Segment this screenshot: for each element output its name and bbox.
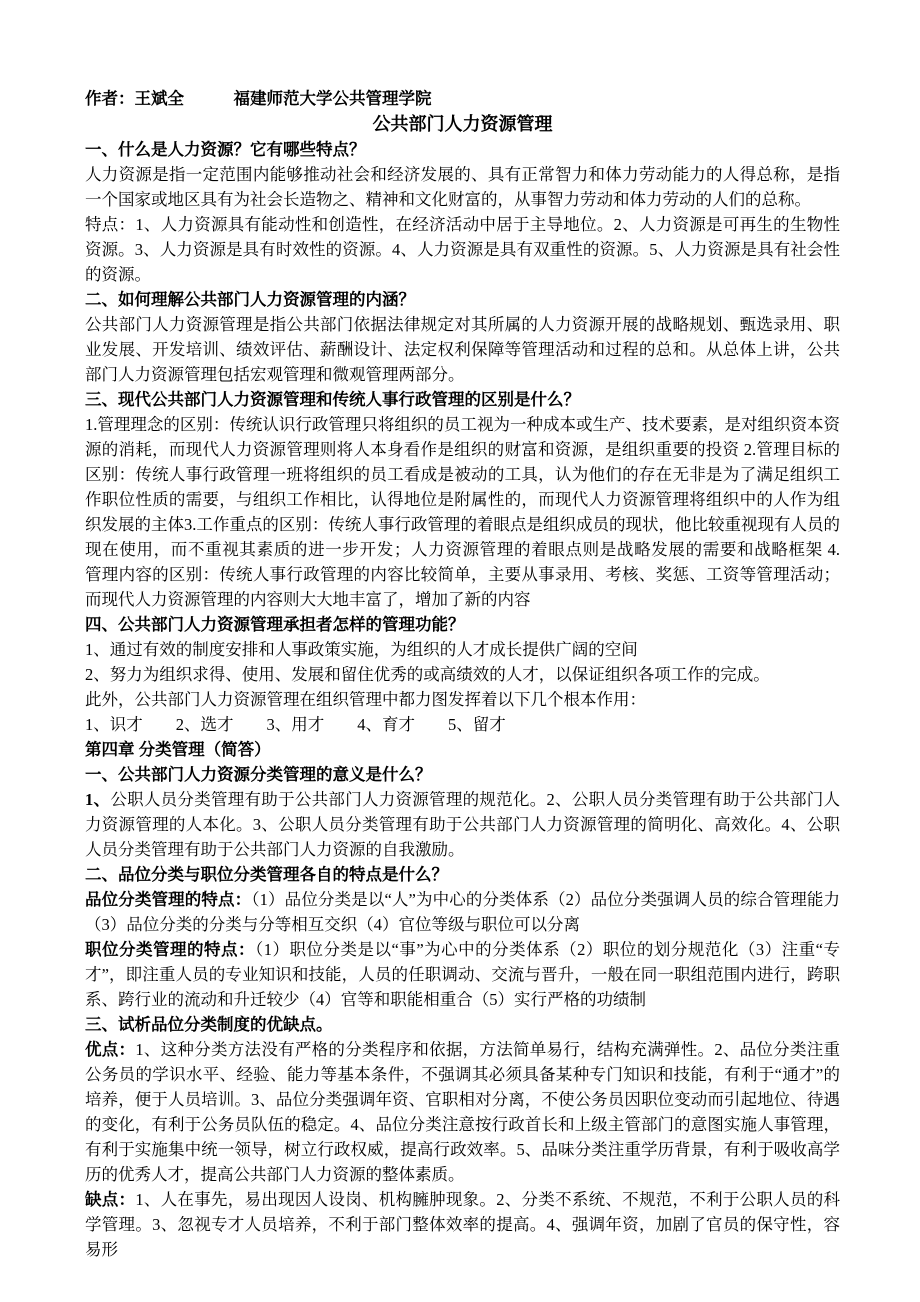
- answer-paragraph: 1、通过有效的制度安排和人事政策实施，为组织的人才成长提供广阔的空间: [85, 637, 840, 662]
- answer-paragraph: 公共部门人力资源管理是指公共部门依据法律规定对其所属的人力资源开展的战略规划、甄…: [85, 312, 840, 387]
- answer-paragraph: 1.管理理念的区别：传统认识行政管理只将组织的员工视为一种成本或生产、技术要素，…: [85, 412, 840, 612]
- answer-paragraph: 1、公职人员分类管理有助于公共部门人力资源管理的规范化。2、公职人员分类管理有助…: [85, 787, 840, 862]
- paragraph-text: 公职人员分类管理有助于公共部门人力资源管理的规范化。2、公职人员分类管理有助于公…: [85, 790, 840, 859]
- paragraph-lead: 职位分类管理的特点：: [85, 940, 255, 959]
- paragraph-text: 1、这种分类方法没有严格的分类程序和依据，方法简单易行，结构充满弹性。2、品位分…: [85, 1040, 840, 1184]
- answer-paragraph: 人力资源是指一定范围内能够推动社会和经济发展的、具有正常智力和体力劳动能力的人得…: [85, 162, 840, 212]
- doc-title: 公共部门人力资源管理: [85, 111, 840, 137]
- paragraph-lead: 缺点：: [85, 1190, 135, 1209]
- question-heading: 一、公共部门人力资源分类管理的意义是什么？: [85, 762, 840, 787]
- answer-list-line: 1、识才 2、选才 3、用才 4、育才 5、留才: [85, 712, 840, 737]
- paragraph-text: 1、人在事先，易出现因人设岗、机构臃肿现象。2、分类不系统、不规范，不利于公职人…: [85, 1190, 840, 1259]
- answer-paragraph: 职位分类管理的特点：（1）职位分类是以“事”为心中的分类体系（2）职位的划分规范…: [85, 937, 840, 1012]
- answer-paragraph: 2、努力为组织求得、使用、发展和留住优秀的或高绩效的人才，以保证组织各项工作的完…: [85, 662, 840, 687]
- question-heading: 三、现代公共部门人力资源管理和传统人事行政管理的区别是什么？: [85, 387, 840, 412]
- answer-paragraph: 品位分类管理的特点：（1）品位分类是以“人”为中心的分类体系（2）品位分类强调人…: [85, 887, 840, 937]
- document-page: 作者：王斌全 福建师范大学公共管理学院 公共部门人力资源管理 一、什么是人力资源…: [0, 0, 920, 1302]
- paragraph-lead: 品位分类管理的特点：: [85, 890, 251, 909]
- question-heading: 三、试析品位分类制度的优缺点。: [85, 1012, 840, 1037]
- question-heading: 四、公共部门人力资源管理承担者怎样的管理功能？: [85, 612, 840, 637]
- paragraph-lead: 1、: [85, 790, 110, 809]
- answer-paragraph: 特点：1、人力资源具有能动性和创造性，在经济活动中居于主导地位。2、人力资源是可…: [85, 212, 840, 287]
- author-line: 作者：王斌全 福建师范大学公共管理学院: [85, 86, 840, 111]
- question-heading: 一、什么是人力资源？它有哪些特点？: [85, 137, 840, 162]
- answer-paragraph: 此外，公共部门人力资源管理在组织管理中都力图发挥着以下几个根本作用：: [85, 687, 840, 712]
- paragraph-lead: 优点：: [85, 1040, 135, 1059]
- answer-paragraph: 优点：1、这种分类方法没有严格的分类程序和依据，方法简单易行，结构充满弹性。2、…: [85, 1037, 840, 1187]
- answer-paragraph: 缺点：1、人在事先，易出现因人设岗、机构臃肿现象。2、分类不系统、不规范，不利于…: [85, 1187, 840, 1262]
- question-heading: 二、如何理解公共部门人力资源管理的内涵？: [85, 287, 840, 312]
- chapter-heading: 第四章 分类管理（简答）: [85, 737, 840, 762]
- question-heading: 二、品位分类与职位分类管理各自的特点是什么？: [85, 862, 840, 887]
